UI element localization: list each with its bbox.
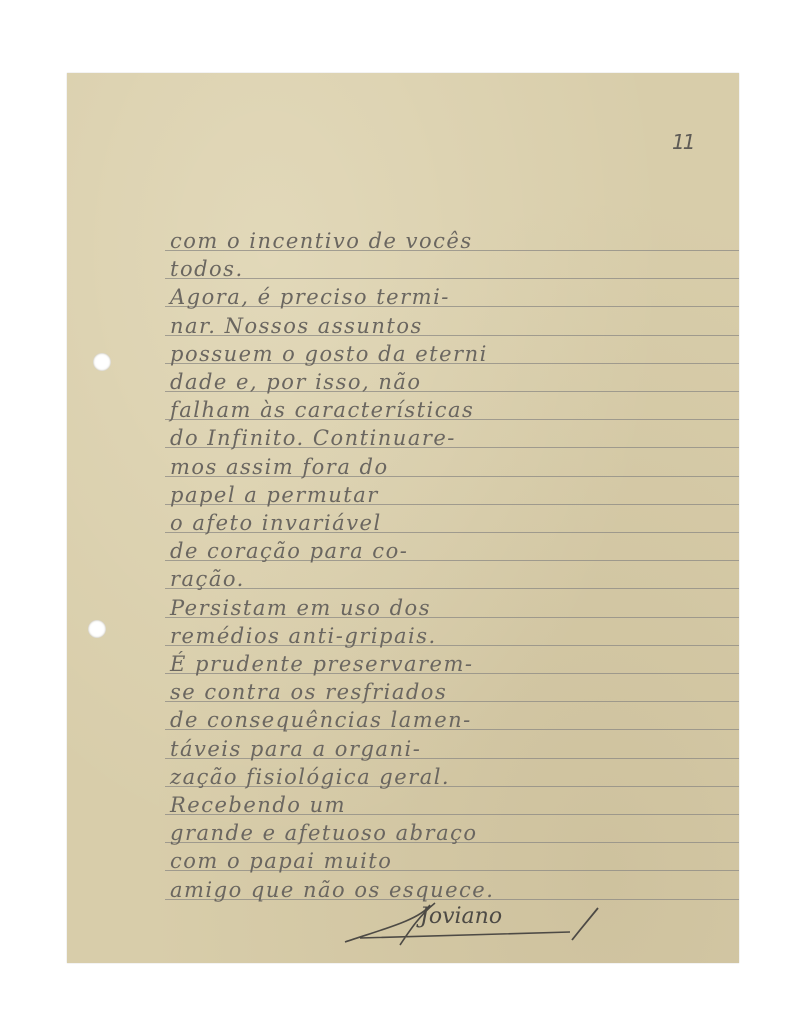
handwritten-line: zação fisiológica geral. [170,764,735,790]
handwritten-line: com o papai muito [170,848,735,874]
handwritten-line: Recebendo um [170,792,735,818]
handwritten-line: o afeto invariável [170,510,735,536]
handwritten-line: mos assim fora do [170,454,735,480]
handwritten-line: Persistam em uso dos [170,595,735,621]
handwritten-line: de consequências lamen- [170,707,735,733]
handwritten-line: possuem o gosto da eterni [170,341,735,367]
handwritten-line: táveis para a organi- [170,736,735,762]
handwritten-line: se contra os resfriados [170,679,735,705]
page-number: 11 [672,130,693,154]
handwritten-line: remédios anti-gripais. [170,623,735,649]
handwritten-line: de coração para co- [170,538,735,564]
handwritten-line: grande e afetuoso abraço [170,820,735,846]
handwritten-line: falham às características [170,397,735,423]
handwritten-line: Agora, é preciso termi- [170,284,735,310]
punch-hole-bottom [88,620,106,638]
punch-hole-top [93,353,111,371]
handwritten-line: com o incentivo de vocês [170,228,735,254]
handwritten-line: É prudente preservarem- [170,651,735,677]
handwritten-line: ração. [170,566,735,592]
handwritten-line: papel a permutar [170,482,735,508]
handwritten-line: nar. Nossos assuntos [170,313,735,339]
handwritten-line: todos. [170,256,735,282]
signature: Joviano [420,904,502,929]
handwritten-line: dade e, por isso, não [170,369,735,395]
handwritten-line: do Infinito. Continuare- [170,425,735,451]
